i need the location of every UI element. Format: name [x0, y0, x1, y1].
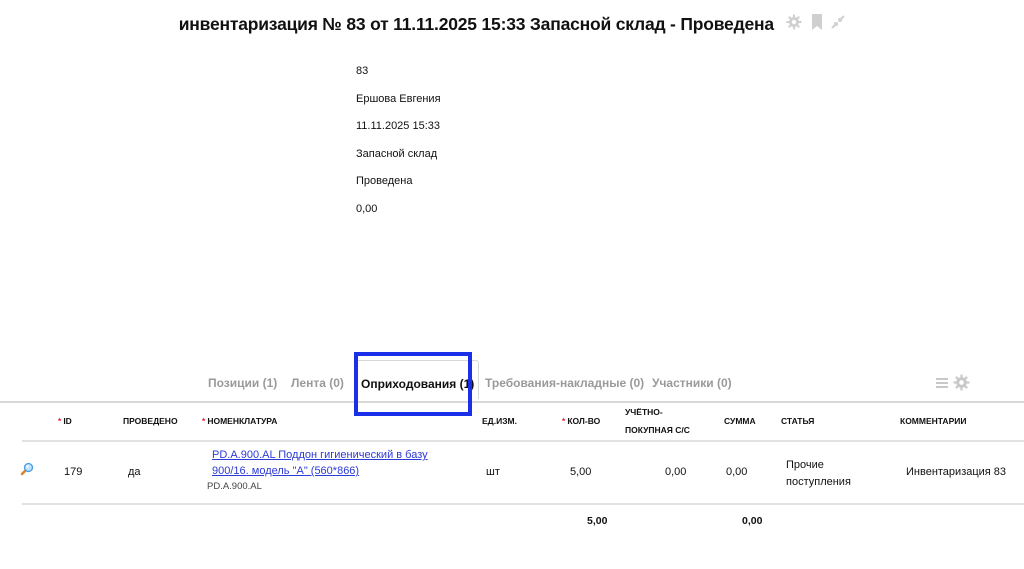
gear-icon[interactable] — [953, 374, 970, 396]
cell-nomenclature: PD.A.900.AL Поддон гигиенический в базу … — [212, 447, 428, 479]
cell-id: 179 — [64, 466, 82, 478]
column-article[interactable]: СТАТЬЯ — [781, 412, 814, 430]
total-sum: 0,00 — [742, 515, 762, 527]
cell-sum: 0,00 — [726, 466, 747, 478]
field-value-status: Проведена — [356, 172, 412, 190]
total-qty: 5,00 — [587, 515, 607, 527]
column-posted[interactable]: ПРОВЕДЕНО — [123, 412, 178, 430]
tab-receipts[interactable]: Оприходования (1) — [356, 360, 479, 399]
gear-icon[interactable] — [786, 14, 802, 35]
field-value-number: 83 — [356, 62, 368, 80]
column-nomenclature[interactable]: *НОМЕНКЛАТУРА — [202, 412, 277, 430]
tab-feed[interactable]: Лента (0) — [291, 376, 344, 390]
tab-tools — [936, 374, 970, 396]
field-value-deviation: 0,00 — [356, 200, 377, 218]
column-unit[interactable]: ЕД.ИЗМ. — [482, 412, 517, 430]
field-value-date: 11.11.2025 15:33 — [356, 117, 440, 135]
cell-unit: шт — [486, 466, 500, 478]
cell-cost: 0,00 — [665, 466, 686, 478]
column-sum[interactable]: СУММА — [724, 412, 756, 430]
divider — [22, 440, 1024, 442]
nomenclature-code: PD.A.900.AL — [207, 481, 262, 492]
magnifier-icon[interactable] — [20, 462, 34, 479]
tab-positions[interactable]: Позиции (1) — [208, 376, 277, 390]
field-value-added-by: Ершова Евгения — [356, 90, 441, 108]
column-comments[interactable]: КОММЕНТАРИИ — [900, 412, 966, 430]
cell-qty: 5,00 — [570, 466, 591, 478]
bookmark-icon[interactable] — [811, 14, 823, 35]
divider — [22, 503, 1024, 505]
table-header: *ID ПРОВЕДЕНО *НОМЕНКЛАТУРА ЕД.ИЗМ. *КОЛ… — [0, 403, 1024, 441]
tab-requisitions[interactable]: Требования-накладные (0) — [485, 376, 644, 390]
field-value-warehouse: Запасной склад — [356, 145, 437, 163]
column-qty[interactable]: *КОЛ-ВО — [562, 412, 600, 430]
nomenclature-link-cont[interactable]: 900/16. модель "А" (560*866) — [212, 465, 359, 477]
cell-article: Прочиепоступления — [786, 457, 851, 491]
collapse-icon[interactable] — [831, 15, 845, 34]
cell-posted: да — [128, 466, 141, 478]
tab-bar: Позиции (1) Лента (0) Оприходования (1) … — [0, 372, 1024, 402]
column-cost[interactable]: УЧЁТНО-ПОКУПНАЯ С/С — [625, 403, 690, 439]
menu-icon[interactable] — [936, 376, 949, 395]
column-id[interactable]: *ID — [58, 412, 72, 430]
page-header: инвентаризация № 83 от 11.11.2025 15:33 … — [0, 14, 1024, 35]
nomenclature-link[interactable]: PD.A.900.AL Поддон гигиенический в базу — [212, 449, 428, 461]
cell-comment: Инвентаризация 83 — [906, 466, 1006, 478]
page-title: инвентаризация № 83 от 11.11.2025 15:33 … — [179, 14, 774, 35]
tab-participants[interactable]: Участники (0) — [652, 376, 732, 390]
